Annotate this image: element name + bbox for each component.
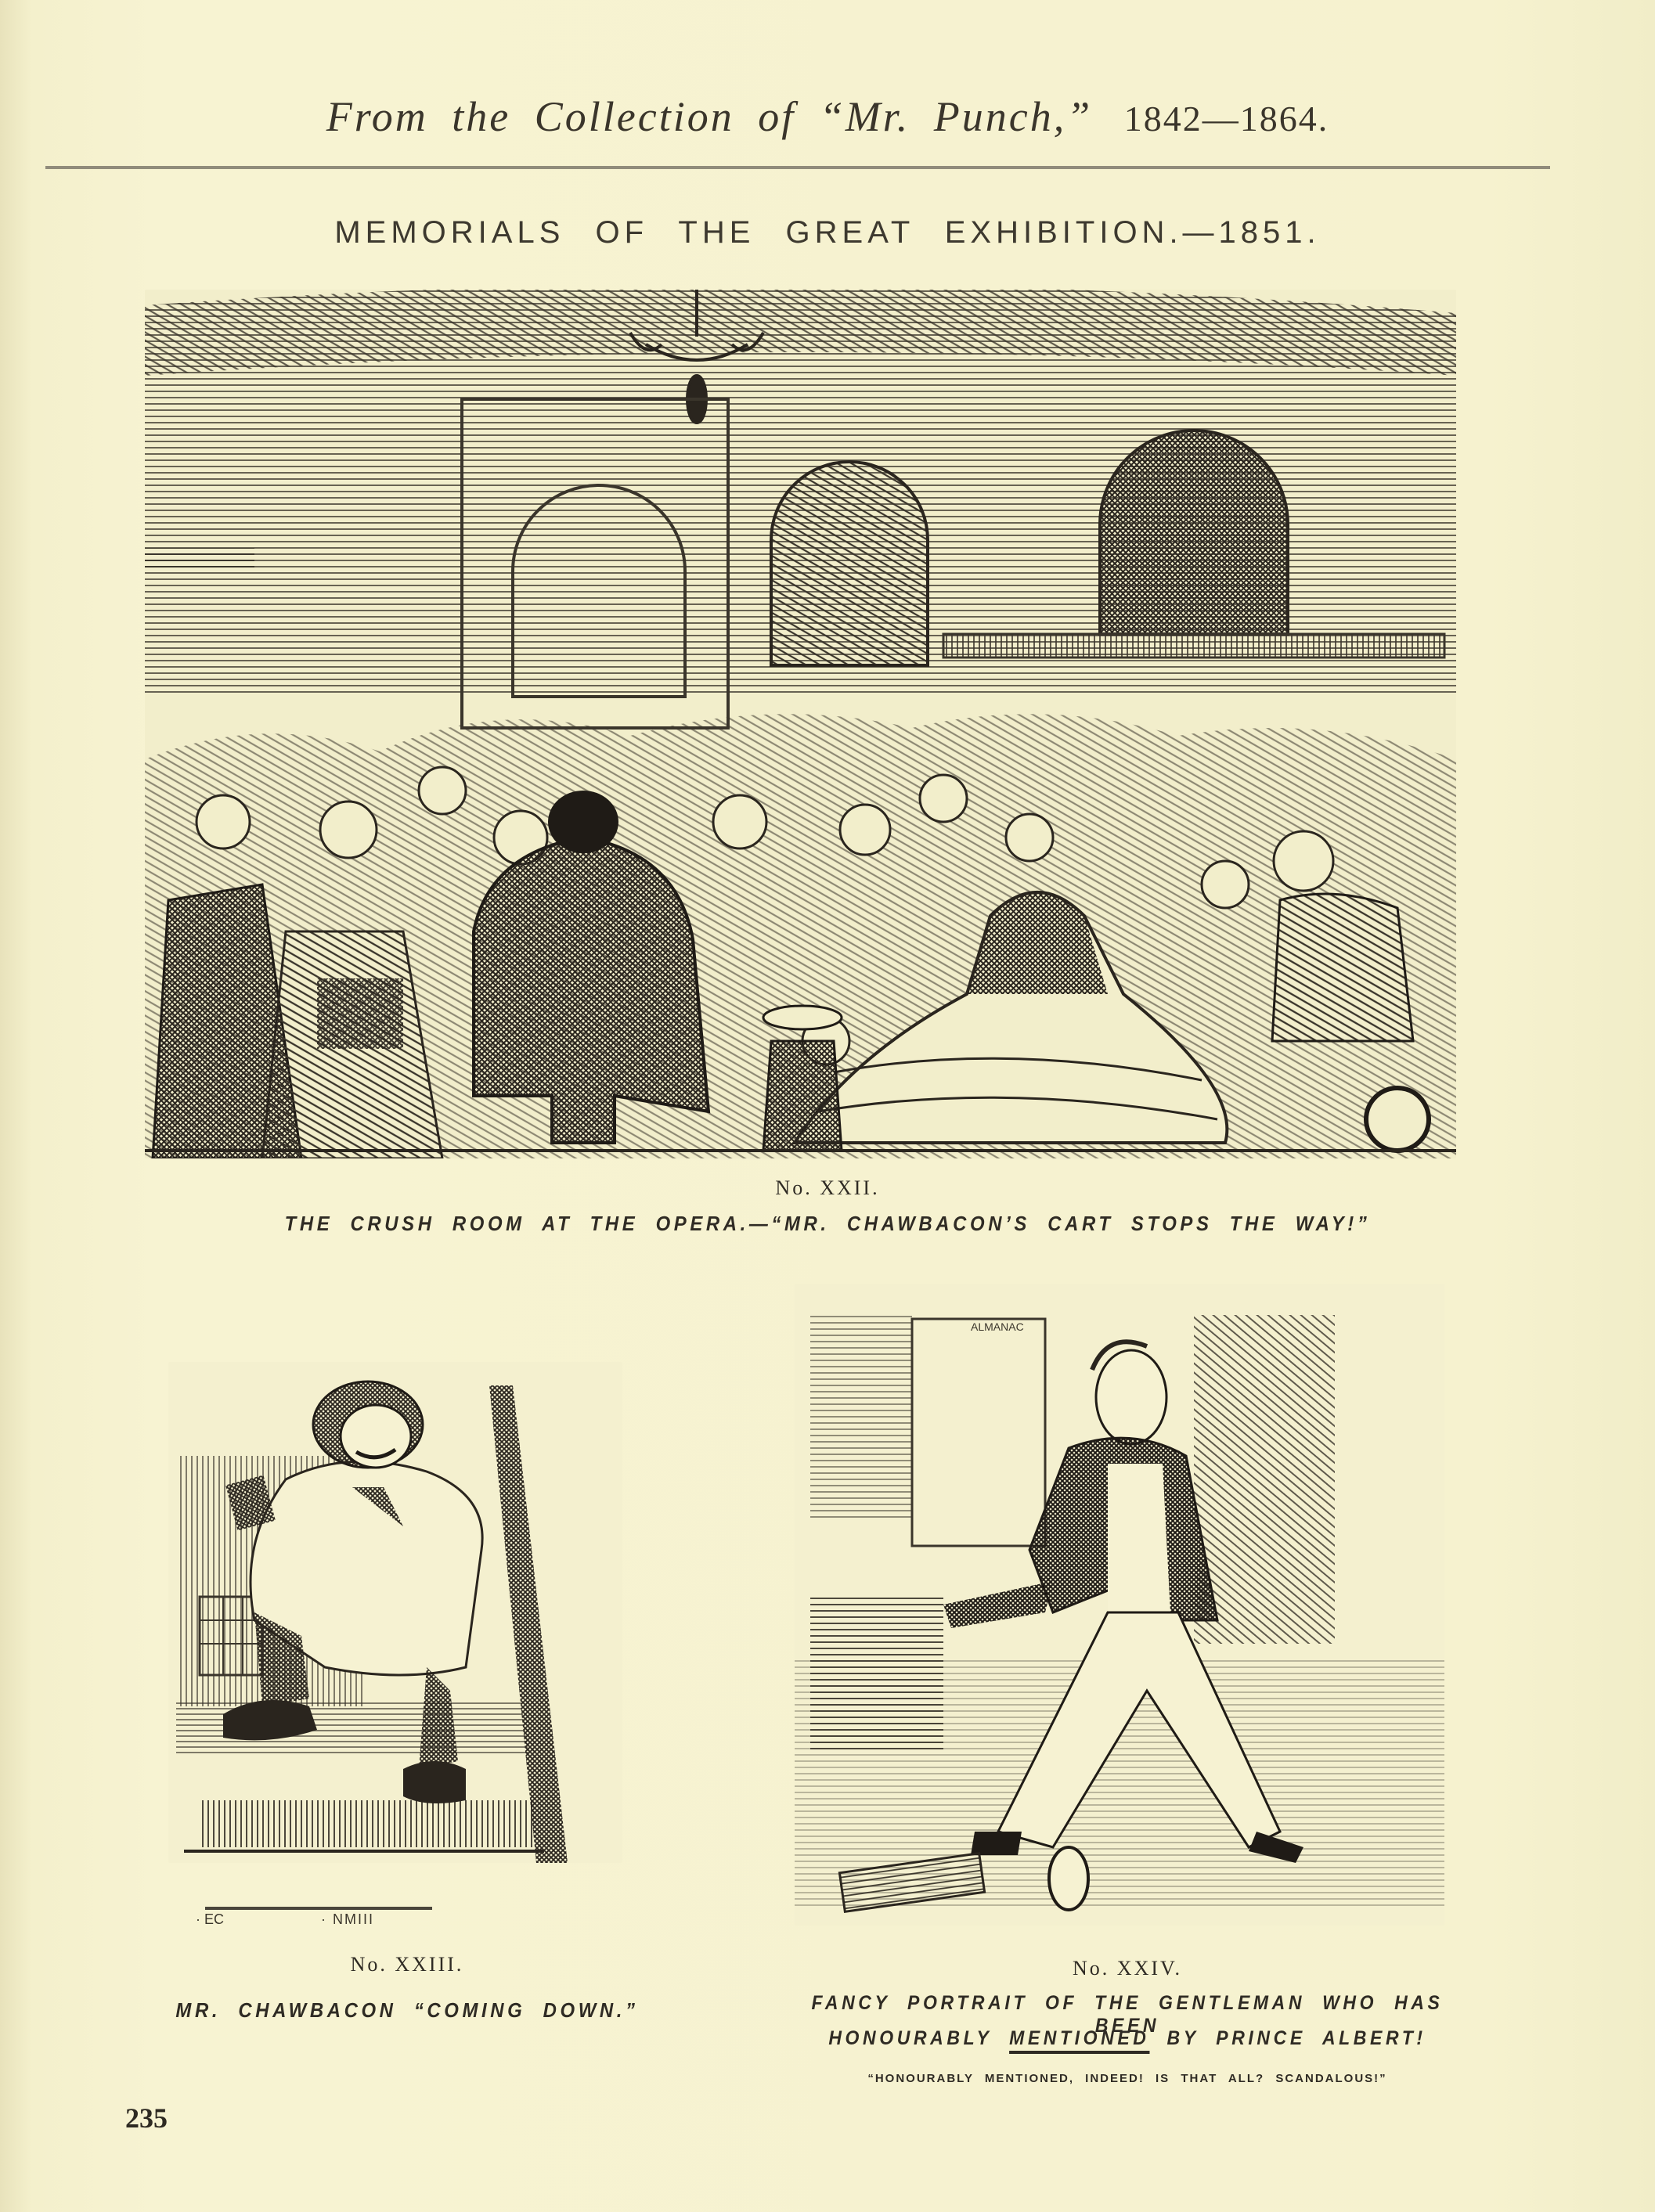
almanac-sign: ALMANAC <box>971 1320 1024 1333</box>
caption-underlined-word: MENTIONED <box>1009 2027 1149 2049</box>
plate-subcaption-24: “HONOURABLY MENTIONED, INDEED! IS THAT A… <box>752 2072 1503 2085</box>
signature-right: · NMIII <box>321 1911 374 1928</box>
plate-caption-23: MR. CHAWBACON “COMING DOWN.” <box>162 1998 652 2023</box>
section-title: MEMORIALS OF THE GREAT EXHIBITION.—1851. <box>0 215 1655 250</box>
header-years: 1842—1864. <box>1124 99 1329 139</box>
plate-number-23: No. XXIII. <box>141 1953 673 1976</box>
running-header: From the Collection of “Mr. Punch,” 1842… <box>0 92 1655 141</box>
engraving-crowd-icon <box>145 290 1456 1158</box>
plate-number-22: No. XXII. <box>0 1176 1655 1200</box>
page-number: 235 <box>125 2102 168 2135</box>
engraving-rustic-icon <box>168 1362 622 1863</box>
signature-left: · EC <box>196 1911 224 1928</box>
illustration-crush-room <box>145 290 1456 1158</box>
engraving-gentleman-icon: ALMANAC <box>795 1284 1444 1926</box>
plate-caption-24-line2: HONOURABLY MENTIONED BY PRINCE ALBERT! <box>781 2027 1473 2050</box>
signature-rule <box>205 1907 432 1910</box>
caption-text-after: BY PRINCE ALBERT! <box>1149 2027 1426 2049</box>
caption-text-before: HONOURABLY <box>828 2027 1009 2049</box>
plate-caption-22: THE CRUSH ROOM AT THE OPERA.—“MR. CHAWBA… <box>67 1212 1589 1236</box>
header-title: From the Collection of “Mr. Punch,” <box>326 93 1092 140</box>
illustration-coming-down <box>168 1362 622 1863</box>
plate-number-24: No. XXIV. <box>775 1957 1480 1980</box>
illustration-fancy-portrait: ALMANAC <box>795 1284 1444 1926</box>
header-rule <box>45 166 1550 169</box>
